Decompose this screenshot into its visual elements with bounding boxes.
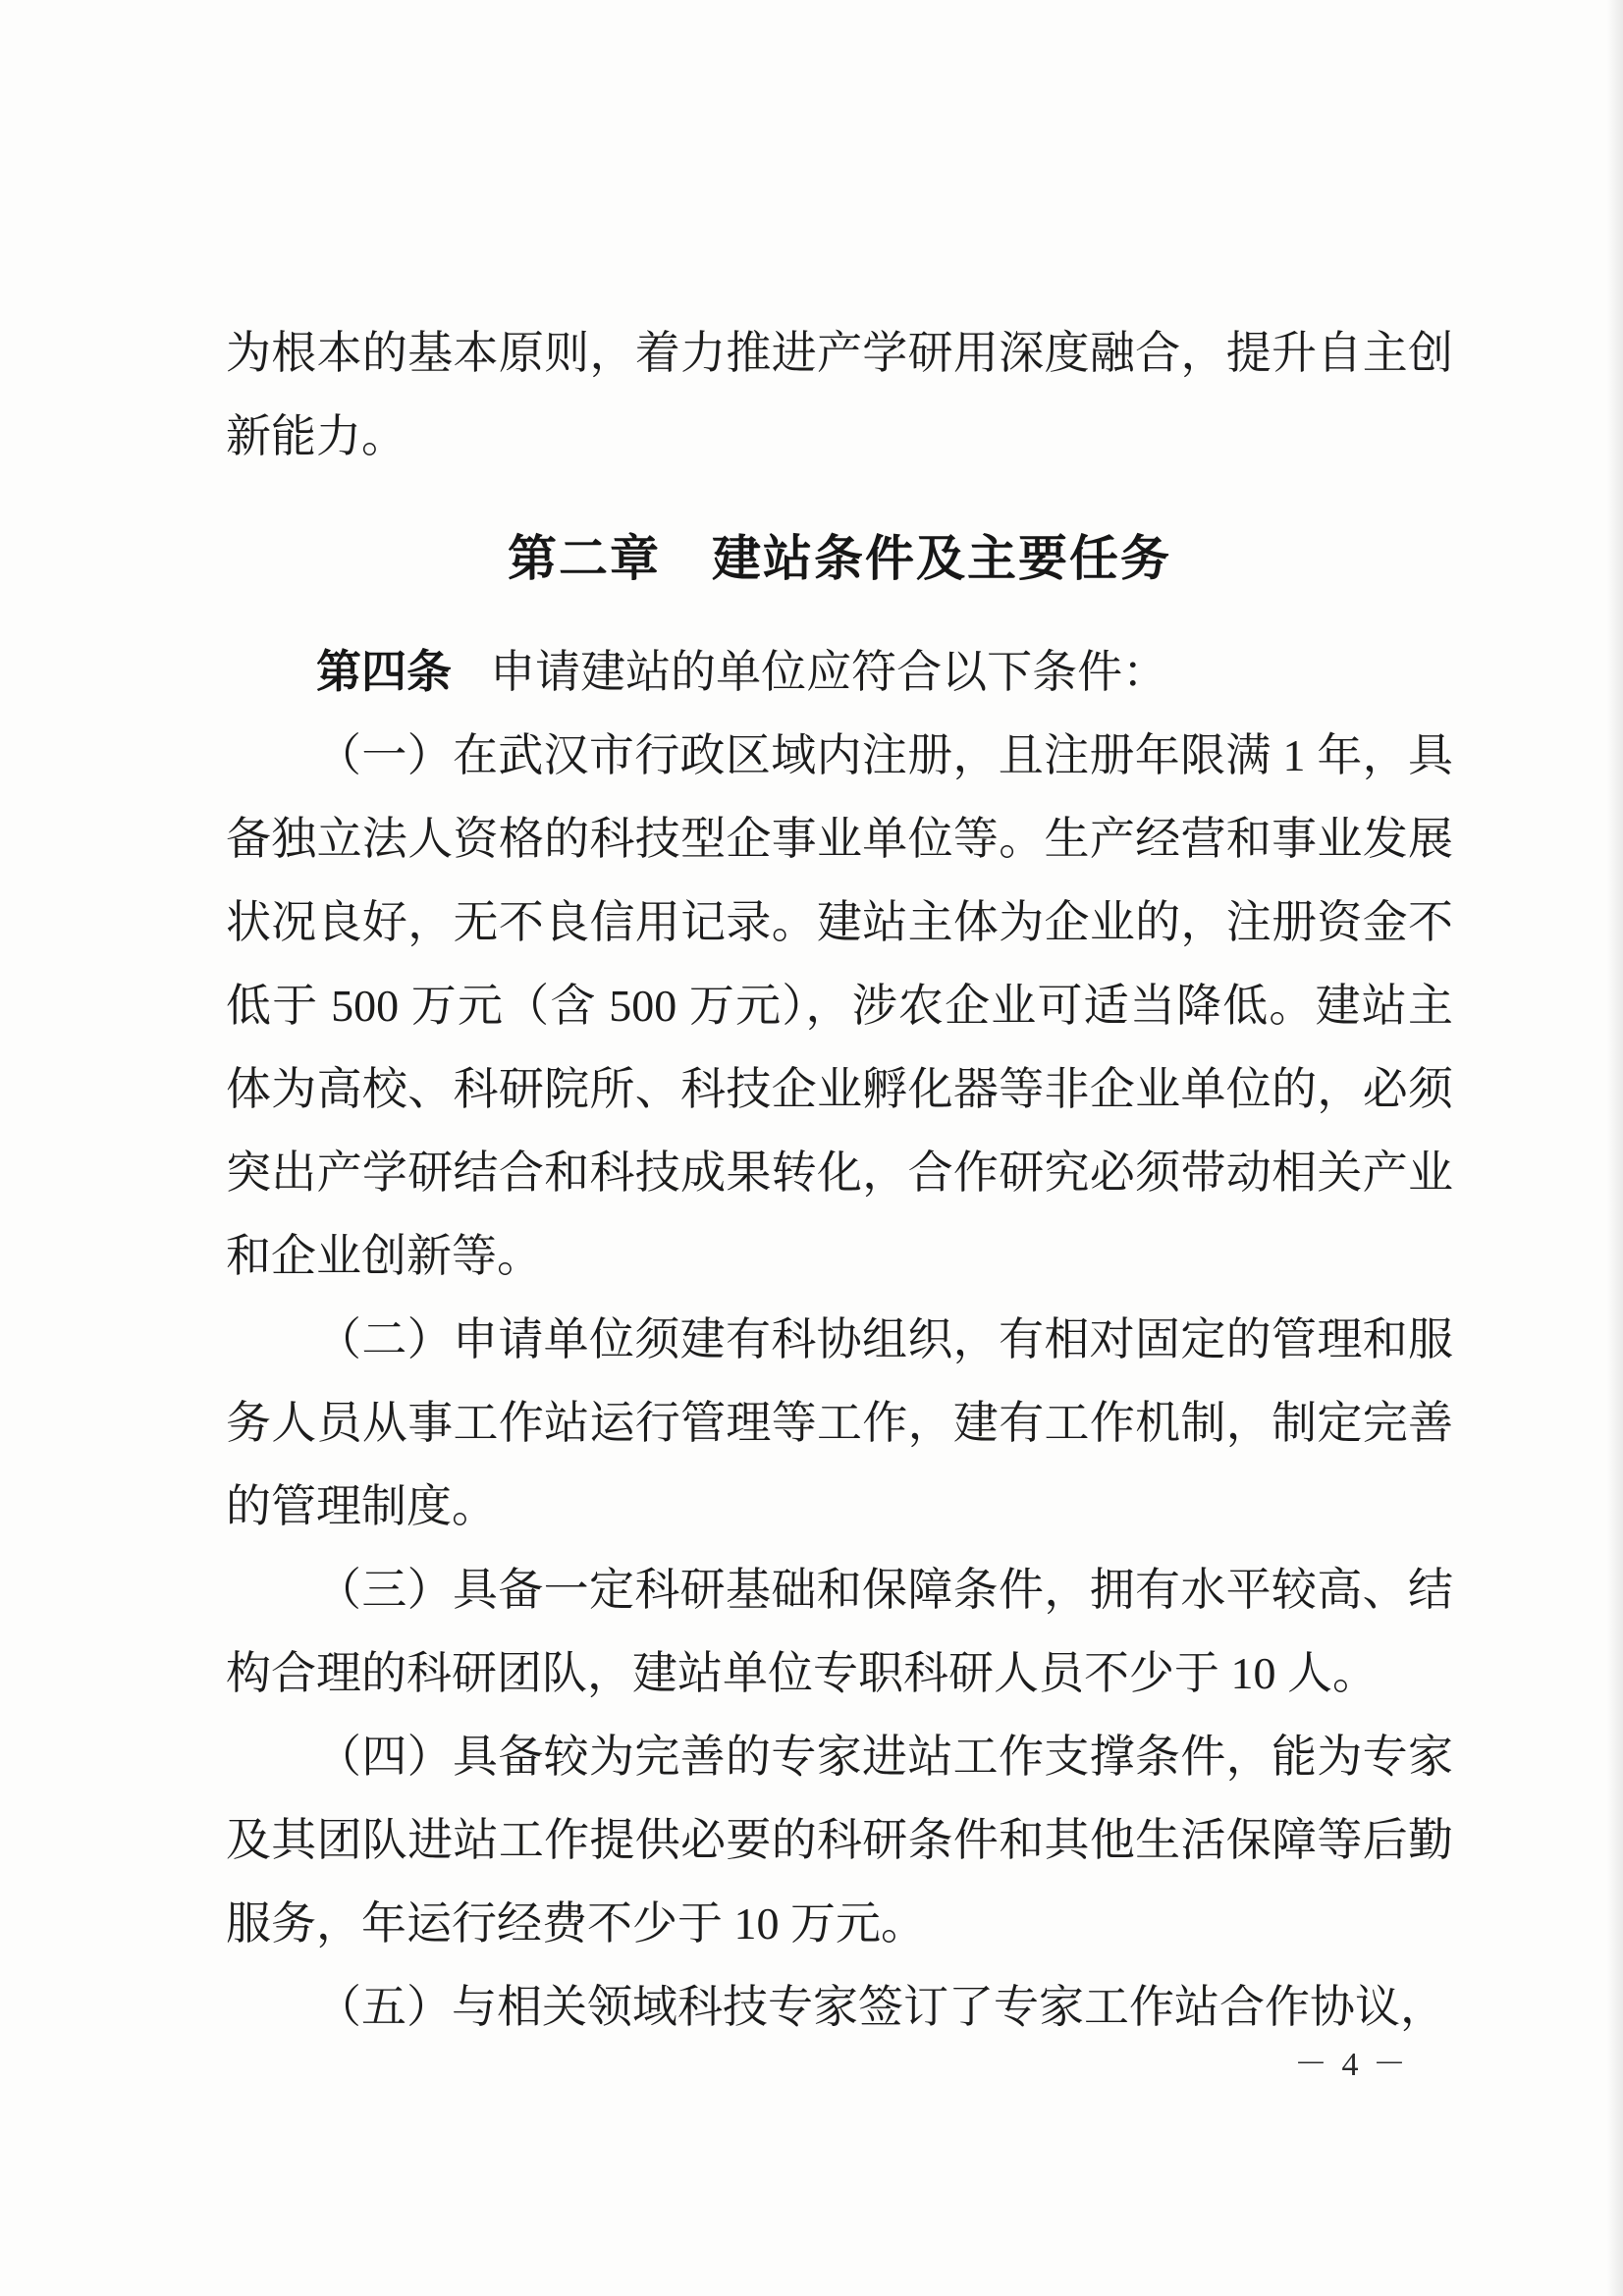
document-body: 为根本的基本原则，着力推进产学研用深度融合，提升自主创新能力。 第二章 建站条件… [226,311,1453,2049]
condition-item-3: （三）具备一定科研基础和保障条件，拥有水平较高、结构合理的科研团队，建站单位专职… [226,1548,1453,1715]
chapter-heading: 第二章 建站条件及主要任务 [226,517,1453,601]
scan-edge-shadow [1607,0,1623,2296]
continuation-paragraph: 为根本的基本原则，着力推进产学研用深度融合，提升自主创新能力。 [226,311,1453,478]
article-4-paragraph: 第四条申请建站的单位应符合以下条件： [226,630,1453,714]
condition-item-1: （一）在武汉市行政区域内注册，且注册年限满 1 年，具备独立法人资格的科技型企事… [226,714,1453,1298]
article-4-label: 第四条 [316,646,452,697]
condition-item-2: （二）申请单位须建有科协组织，有相对固定的管理和服务人员从事工作站运行管理等工作… [226,1298,1453,1548]
article-4-text: 申请建站的单位应符合以下条件： [490,647,1167,697]
condition-item-4: （四）具备较为完善的专家进站工作支撑条件，能为专家及其团队进站工作提供必要的科研… [226,1715,1453,1965]
page-number: － 4 － [1294,2037,1409,2085]
condition-item-5: （五）与相关领域科技专家签订了专家工作站合作协议， [226,1965,1453,2049]
document-page: 为根本的基本原则，着力推进产学研用深度融合，提升自主创新能力。 第二章 建站条件… [0,0,1623,2296]
